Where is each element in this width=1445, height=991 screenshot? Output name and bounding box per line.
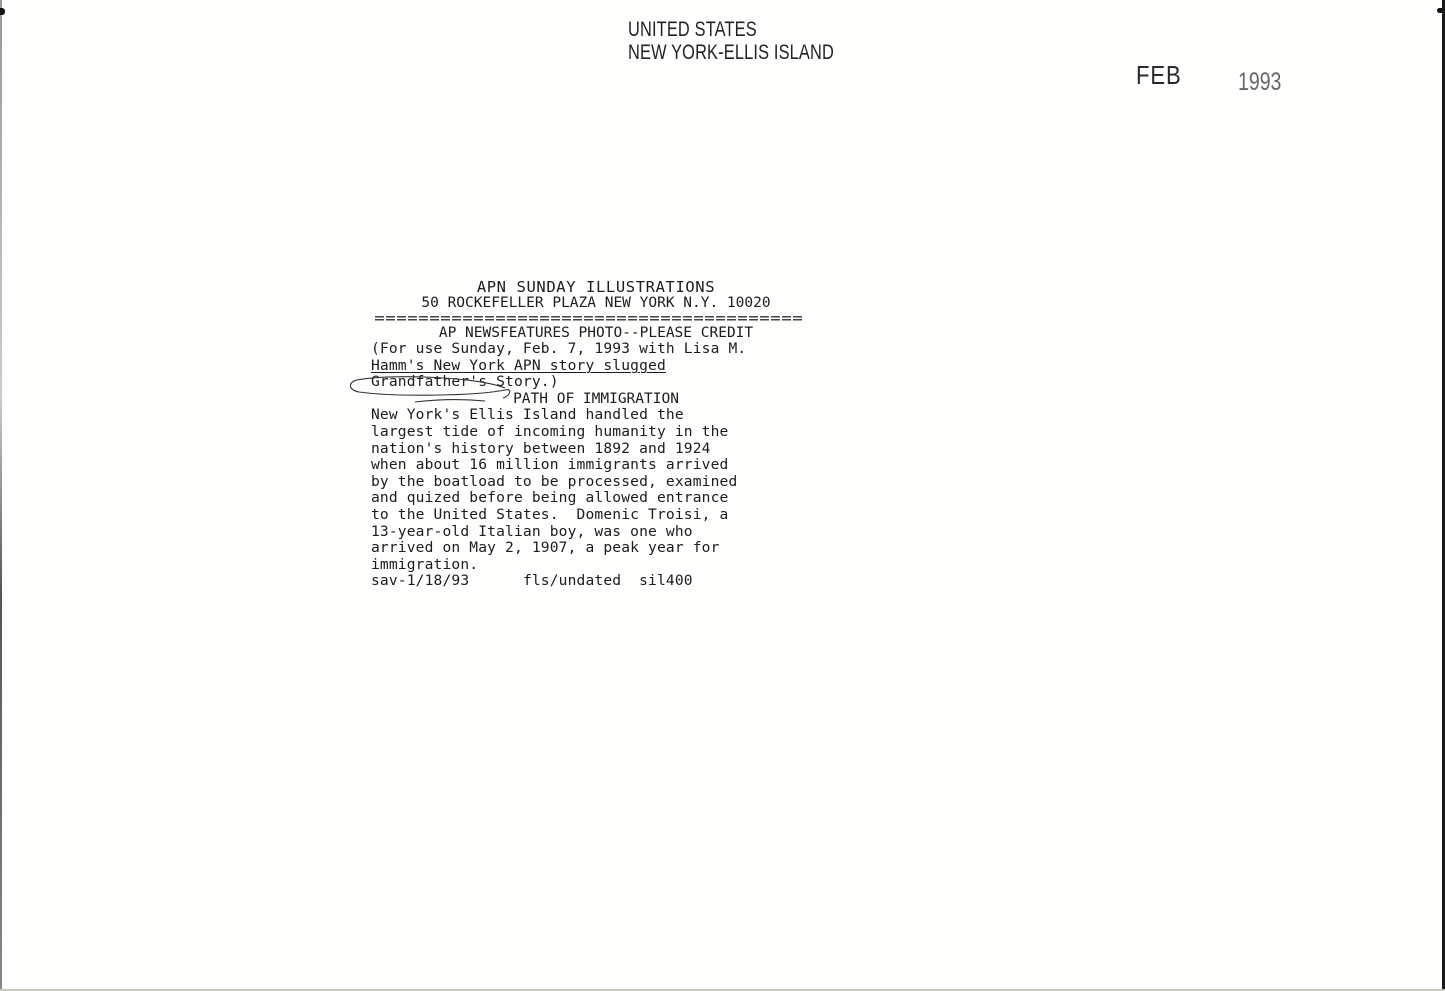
date-stamp-month: FEB <box>1136 60 1182 91</box>
corner-mark-left <box>0 8 5 15</box>
footer-status: fls/undated <box>523 572 621 589</box>
caption-body-line: nation's history between 1892 and 1924 <box>371 441 821 458</box>
caption-credit-line: AP NEWSFEATURES PHOTO--PLEASE CREDIT <box>371 325 821 341</box>
caption-headline: PATH OF IMMIGRATION <box>371 391 821 407</box>
caption-body-line: 13-year-old Italian boy, was one who <box>371 524 821 541</box>
footer-code: sil400 <box>639 572 693 589</box>
date-stamp-year: 1993 <box>1238 68 1281 97</box>
caption-footer: sav-1/18/93 fls/undated sil400 <box>371 573 821 590</box>
caption-address: 50 ROCKEFELLER PLAZA NEW YORK N.Y. 10020 <box>371 295 821 311</box>
caption-body-line: immigration. <box>371 557 821 574</box>
caption-body-line: when about 16 million immigrants arrived <box>371 457 821 474</box>
stamp-country: UNITED STATES <box>628 18 834 41</box>
caption-body-line: arrived on May 2, 1907, a peak year for <box>371 540 821 557</box>
caption-body-line: and quized before being allowed entrance <box>371 490 821 507</box>
caption-body-line: to the United States. Domenic Troisi, a <box>371 507 821 524</box>
caption-body-line: by the boatload to be processed, examine… <box>371 474 821 491</box>
caption-body: New York's Ellis Island handled the larg… <box>371 407 821 573</box>
footer-slug-date: sav-1/18/93 <box>371 572 469 589</box>
caption-separator <box>375 316 803 321</box>
stamp-location: NEW YORK-ELLIS ISLAND <box>628 41 834 64</box>
caption-agency: APN SUNDAY ILLUSTRATIONS <box>371 279 821 295</box>
photo-caption: APN SUNDAY ILLUSTRATIONS 50 ROCKEFELLER … <box>371 279 821 590</box>
caption-body-line: New York's Ellis Island handled the <box>371 407 821 424</box>
location-stamp: UNITED STATES NEW YORK-ELLIS ISLAND <box>628 18 834 64</box>
corner-mark-right <box>1437 8 1443 13</box>
page-edge-left <box>0 0 2 991</box>
caption-usage-line-3: Grandfather's Story.) <box>371 374 821 391</box>
caption-usage-line-1: (For use Sunday, Feb. 7, 1993 with Lisa … <box>371 341 821 358</box>
caption-body-line: largest tide of incoming humanity in the <box>371 424 821 441</box>
caption-usage-line-2: Hamm's New York APN story slugged <box>371 358 821 375</box>
